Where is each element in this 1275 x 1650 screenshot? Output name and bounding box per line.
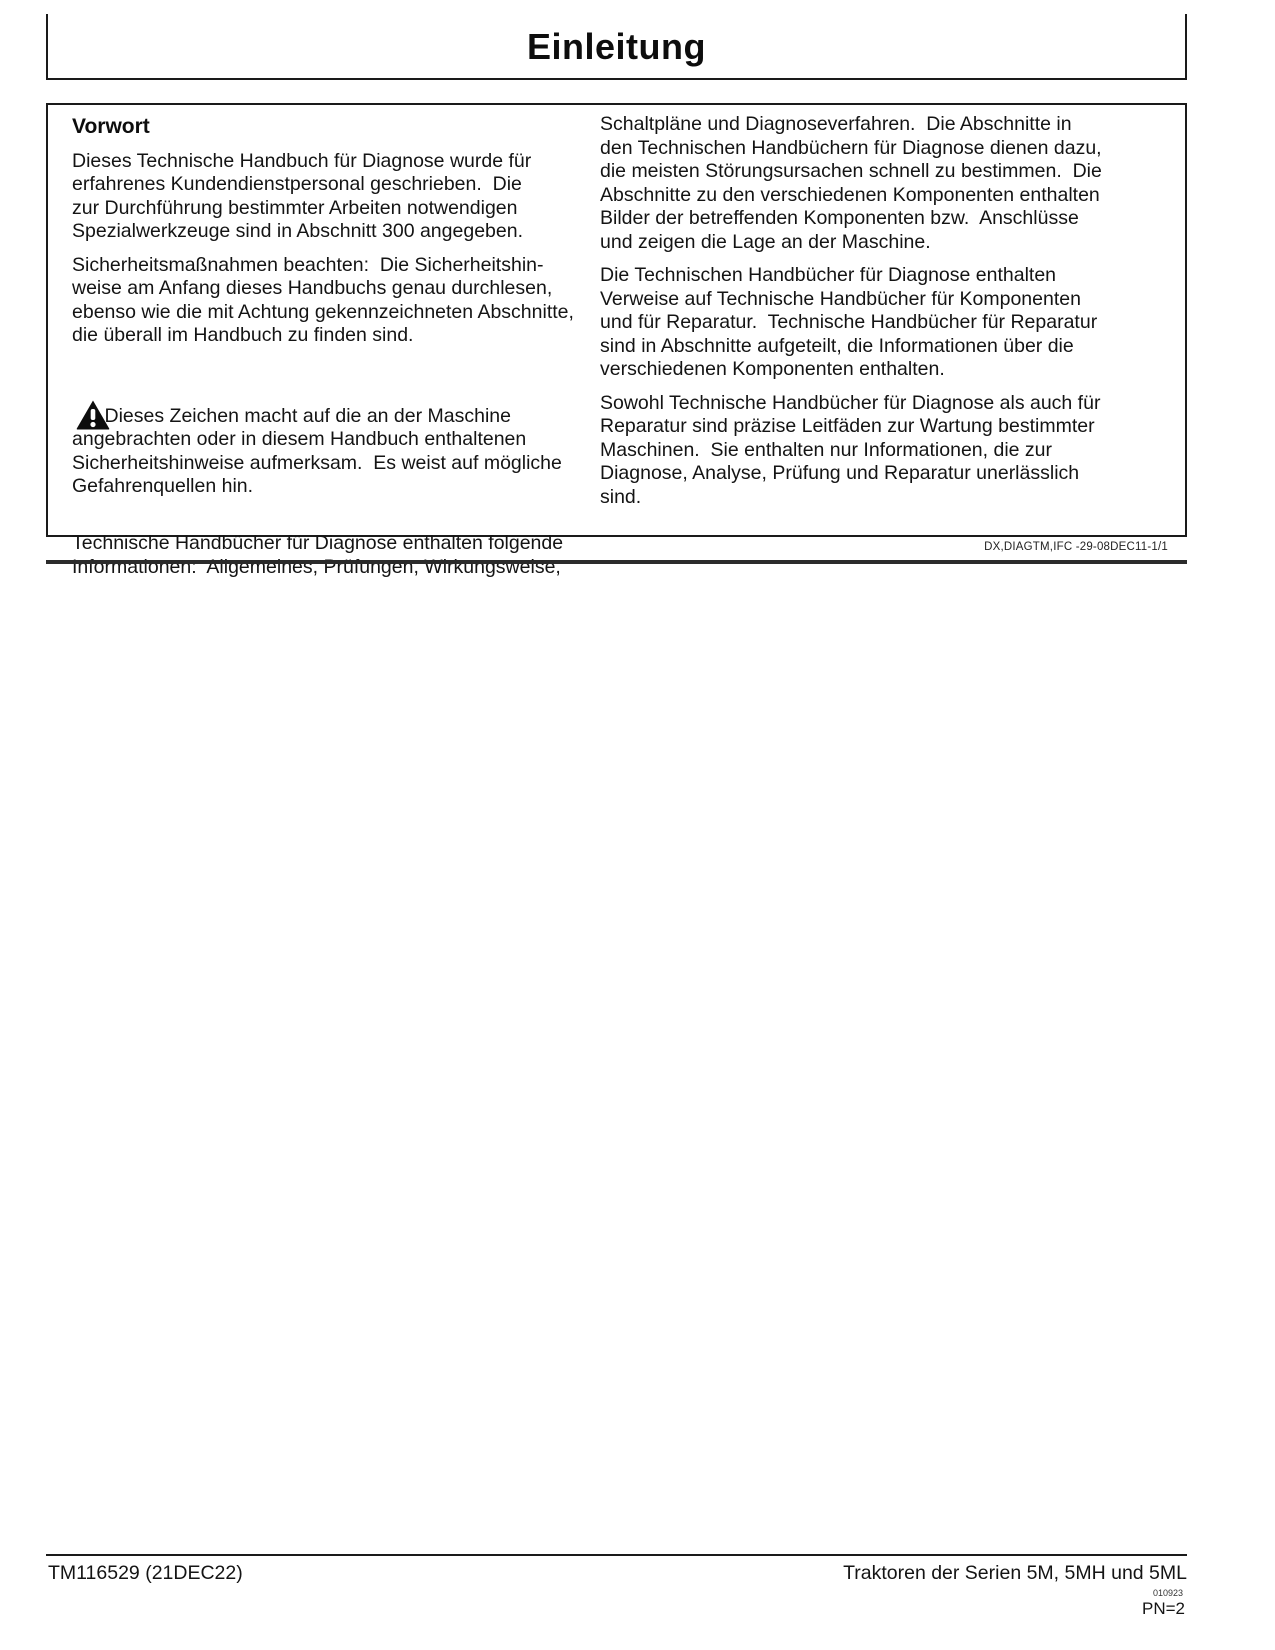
- paragraph-contents-intro: Technische Handbücher für Diagnose entha…: [72, 532, 578, 579]
- warning-triangle-icon: [76, 353, 110, 383]
- paragraph-scope: Sowohl Technische Handbücher für Diagnos…: [600, 392, 1106, 510]
- footer-model-series: Traktoren der Serien 5M, 5MH und 5ML: [843, 1562, 1187, 1585]
- vorwort-section-box: Vorwort Dieses Technische Handbuch für D…: [46, 103, 1187, 537]
- left-column: Vorwort Dieses Technische Handbuch für D…: [72, 113, 578, 535]
- footer-manual-number: TM116529 (21DEC22): [48, 1562, 243, 1585]
- manual-page: { "page": { "title": "Einleitung", "sect…: [0, 0, 1275, 1650]
- paragraph-warning-text: Dieses Zeichen macht auf die an der Masc…: [72, 405, 562, 498]
- footer-rule: [46, 1554, 1187, 1556]
- footer-print-code: 010923: [1153, 1588, 1183, 1598]
- right-column: Schaltpläne und Diagnoseverfahren. Die A…: [600, 113, 1106, 535]
- paragraph-references: Die Technischen Handbücher für Diagnose …: [600, 264, 1106, 382]
- footer-page-number: PN=2: [1142, 1599, 1185, 1619]
- paragraph-contents-continued: Schaltpläne und Diagnoseverfahren. Die A…: [600, 113, 1106, 254]
- section-code: DX,DIAGTM,IFC -29-08DEC11-1/1: [984, 541, 1168, 553]
- paragraph-warning-sign: Dieses Zeichen macht auf die an der Masc…: [72, 358, 578, 523]
- page-title: Einleitung: [527, 26, 706, 68]
- section-separator-rule: [46, 560, 1187, 564]
- paragraph-tools: Dieses Technische Handbuch für Diagnose …: [72, 150, 578, 244]
- section-heading: Vorwort: [72, 115, 578, 139]
- paragraph-safety: Sicherheitsmaßnahmen beachten: Die Siche…: [72, 254, 578, 348]
- title-band: Einleitung: [46, 14, 1187, 80]
